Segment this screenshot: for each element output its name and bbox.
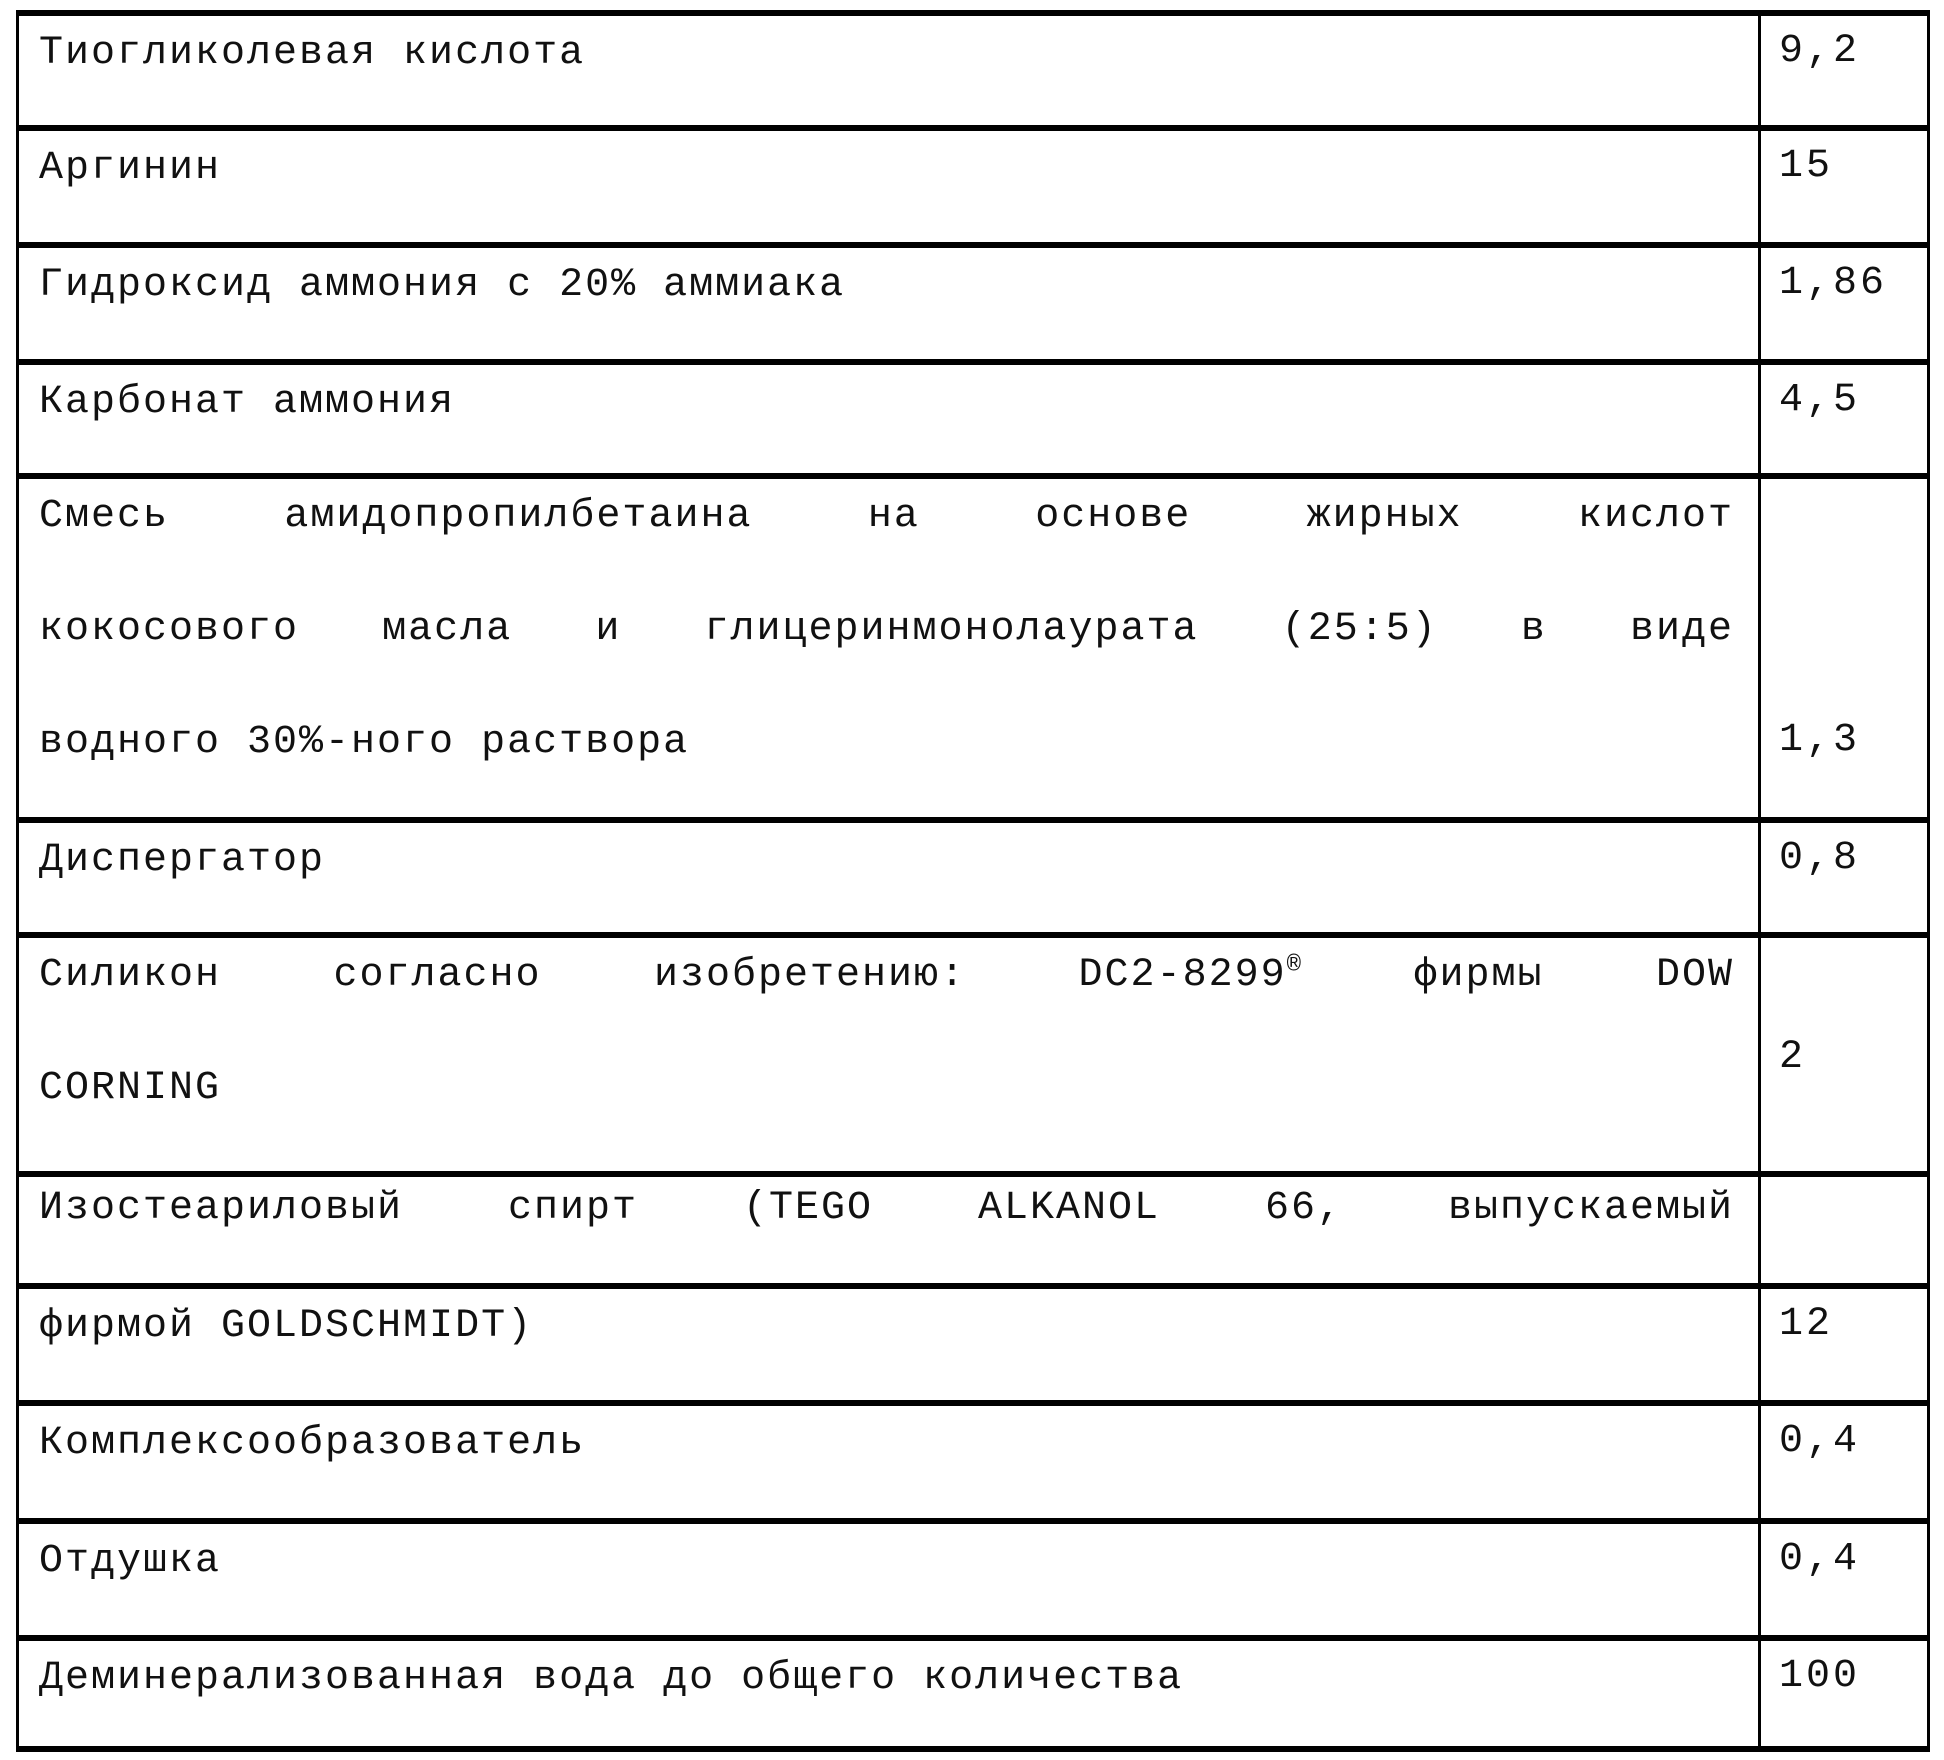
ingredient-name: фирмой GOLDSCHMIDT) [39,1297,1734,1410]
ingredient-amount: 9,2 [1779,22,1860,82]
table-row: Смесь амидопропилбетаина на основе жирны… [19,473,1927,817]
column-divider [1758,10,1761,1752]
table-row: Аргинин 15 [19,125,1927,242]
ingredient-line: CORNING [39,1059,1734,1172]
ingredient-text: Силикон согласно изобретению: DC2-8299 [39,953,1287,998]
ingredient-line: Силикон согласно изобретению: DC2-8299® … [39,946,1734,1059]
table-row: Диспергатор 0,8 [19,817,1927,932]
ingredient-line: Смесь амидопропилбетаина на основе жирны… [39,487,1734,600]
table-row: Комплексообразователь 0,4 [19,1400,1927,1518]
ingredient-name: Тиогликолевая кислота [39,24,1734,137]
ingredient-name: Карбонат аммония [39,373,1734,486]
ingredient-name: Диспергатор [39,831,1734,944]
ingredient-amount: 1,86 [1779,254,1887,314]
table-row: Силикон согласно изобретению: DC2-8299® … [19,932,1927,1171]
ingredient-text: фирмы DOW [1301,953,1734,998]
ingredient-line: водного 30%-ного раствора [39,713,1734,826]
table-row: Отдушка 0,4 [19,1518,1927,1635]
ingredient-name: Аргинин [39,139,1734,252]
ingredient-line: Изостеариловый спирт (TEGO ALKANOL 66, в… [39,1179,1734,1292]
ingredient-amount: 1,3 [1779,711,1860,771]
ingredient-line: Деминерализованная вода до общего количе… [39,1649,1734,1760]
ingredient-line: Отдушка [39,1532,1734,1645]
table-row: Изостеариловый спирт (TEGO ALKANOL 66, в… [19,1171,1927,1283]
table-row: Карбонат аммония 4,5 [19,359,1927,473]
ingredient-line: фирмой GOLDSCHMIDT) [39,1297,1734,1410]
ingredient-name: Деминерализованная вода до общего количе… [39,1649,1734,1760]
ingredient-line: Комплексообразователь [39,1414,1734,1527]
table-row: Гидроксид аммония с 20% аммиака 1,86 [19,242,1927,359]
ingredient-amount: 12 [1779,1295,1833,1355]
ingredient-amount: 0,4 [1779,1530,1860,1590]
ingredient-amount: 4,5 [1779,371,1860,431]
ingredient-amount: 0,8 [1779,829,1860,889]
ingredient-line: Тиогликолевая кислота [39,24,1734,137]
ingredient-line: Гидроксид аммония с 20% аммиака [39,256,1734,369]
ingredient-name: Смесь амидопропилбетаина на основе жирны… [39,487,1734,826]
table-row: Тиогликолевая кислота 9,2 [19,10,1927,125]
ingredient-line: Карбонат аммония [39,373,1734,486]
ingredient-amount: 0,4 [1779,1412,1860,1472]
table-row: фирмой GOLDSCHMIDT) 12 [19,1283,1927,1400]
table-row: Деминерализованная вода до общего количе… [19,1635,1927,1752]
ingredient-amount: 100 [1779,1647,1860,1707]
ingredient-amount: 15 [1779,137,1833,197]
ingredient-line: Аргинин [39,139,1734,252]
ingredient-name: Отдушка [39,1532,1734,1645]
composition-table: Тиогликолевая кислота 9,2 Аргинин 15 Гид… [16,10,1930,1752]
ingredient-name: Силикон согласно изобретению: DC2-8299® … [39,946,1734,1172]
ingredient-line: кокосового масла и глицеринмонолаурата (… [39,600,1734,713]
ingredient-amount: 2 [1779,1028,1806,1088]
ingredient-name: Комплексообразователь [39,1414,1734,1527]
ingredient-name: Изостеариловый спирт (TEGO ALKANOL 66, в… [39,1179,1734,1292]
ingredient-name: Гидроксид аммония с 20% аммиака [39,256,1734,369]
ingredient-line: Диспергатор [39,831,1734,944]
registered-mark: ® [1287,952,1301,979]
